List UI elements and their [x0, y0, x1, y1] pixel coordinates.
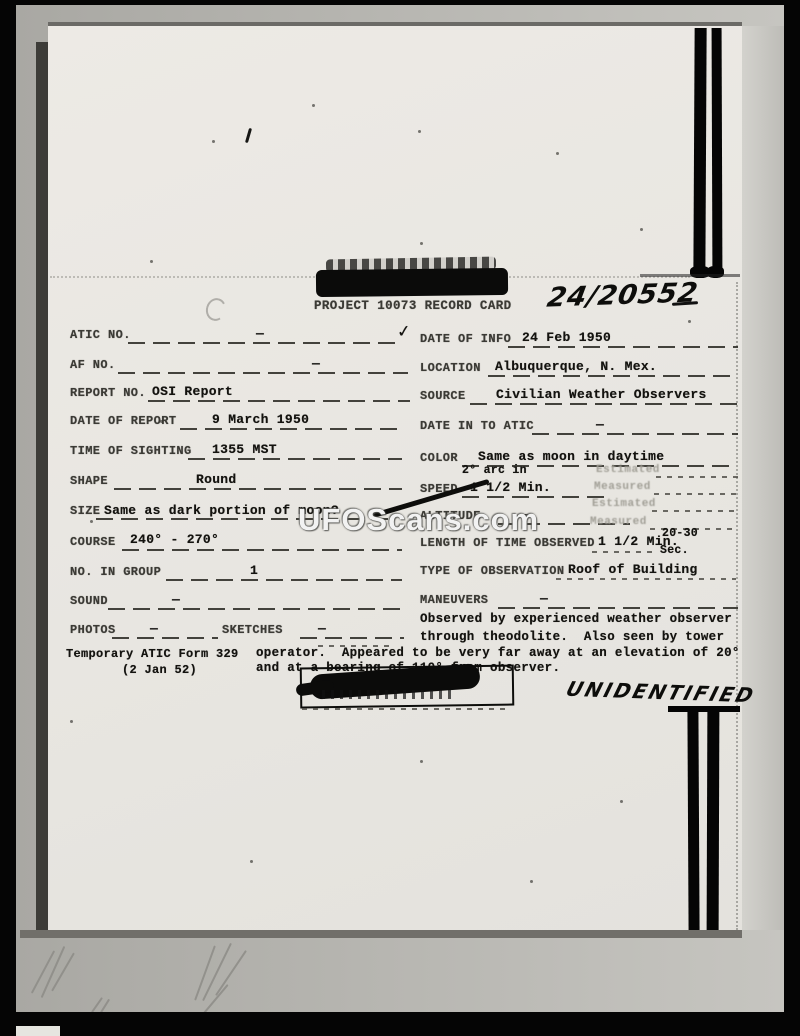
- field-value-source: Civilian Weather Observers: [496, 387, 707, 402]
- speckle: [250, 860, 253, 863]
- field-label-type-of-observation: TYPE OF OBSERVATION: [420, 564, 564, 578]
- watermark: UFOScans.com: [298, 502, 539, 538]
- field-label-date-in-to-atic: DATE IN TO ATIC: [420, 419, 534, 433]
- field-label-no-in-group: NO. IN GROUP: [70, 565, 161, 579]
- field-value-type-of-observation: Roof of Building: [568, 562, 698, 577]
- field-label-time-of-sighting: TIME OF SIGHTING: [70, 444, 192, 458]
- speed-note: 2° arc in: [462, 464, 527, 477]
- speckle: [90, 520, 93, 523]
- checkmark-icon: ✓: [397, 319, 411, 343]
- field-value-shape: Round: [196, 472, 237, 487]
- speckle: [212, 140, 215, 143]
- comment-line-3: operator. Appeared to be very far away a…: [256, 646, 740, 660]
- scan-frame-top: [0, 0, 800, 5]
- scan-frame-bottom: [0, 1012, 800, 1036]
- field-label-date-of-info: DATE OF INFO: [420, 332, 511, 346]
- field-value-af-no: —: [312, 356, 320, 371]
- field-value-date-in-to-atic: —: [596, 417, 604, 432]
- field-value-report-no: OSI Report: [152, 384, 233, 399]
- scan-frame-left: [0, 0, 16, 1036]
- binding-smudge: [640, 274, 740, 277]
- right-margin-band: [742, 26, 784, 930]
- field-label-af-no: AF NO.: [70, 358, 116, 372]
- altitude-option-measured: Measured: [590, 516, 647, 528]
- stamp-redaction-ticks: [322, 690, 454, 699]
- paper-top-edge-shadow: [48, 22, 742, 26]
- field-value-maneuvers: —: [540, 591, 548, 606]
- binding-bar: [687, 712, 699, 930]
- field-value-no-in-group: 1: [250, 563, 258, 578]
- speed-option-estimated: Estimated: [596, 464, 660, 476]
- altitude-option-estimated: Estimated: [592, 498, 656, 510]
- binding-bar: [707, 710, 720, 930]
- field-label-shape: SHAPE: [70, 474, 108, 488]
- scan-frame-right: [784, 0, 800, 1036]
- comment-line-1: Observed by experienced weather observer: [420, 612, 732, 626]
- speckle: [530, 880, 533, 883]
- handwritten-case-number: 24/20552: [545, 277, 701, 313]
- speckle: [418, 130, 421, 133]
- field-value-sketches: —: [318, 621, 326, 636]
- speckle: [70, 720, 73, 723]
- field-value-color: Same as moon in daytime: [478, 449, 664, 464]
- field-label-length-of-time-observed: LENGTH OF TIME OBSERVED: [420, 536, 595, 550]
- field-value-atic-no: —: [256, 326, 264, 341]
- field-value-photos: —: [150, 621, 158, 636]
- scanned-document-page: PROJECT 10073 RECORD CARD 24/20552 ATIC …: [0, 0, 800, 1036]
- speckle: [160, 420, 163, 423]
- length-extra-2: Sec.: [660, 544, 689, 557]
- field-label-maneuvers: MANEUVERS: [420, 593, 488, 607]
- field-value-date-of-report: 9 March 1950: [212, 412, 309, 427]
- field-label-color: COLOR: [420, 451, 458, 465]
- form-footer-line-1: Temporary ATIC Form 329: [66, 647, 239, 661]
- field-value-date-of-info: 24 Feb 1950: [522, 330, 611, 345]
- field-label-sketches: SKETCHES: [222, 623, 283, 637]
- scan-corner-sliver: [16, 1026, 60, 1036]
- field-value-course: 240° - 270°: [130, 532, 219, 547]
- speckle: [150, 260, 153, 263]
- speckle: [420, 242, 423, 245]
- form-title: PROJECT 10073 RECORD CARD: [314, 299, 512, 313]
- speckle: [312, 104, 315, 107]
- speed-option-measured: Measured: [594, 481, 651, 493]
- field-value-location: Albuquerque, N. Mex.: [495, 359, 657, 374]
- speckle: [640, 228, 643, 231]
- length-extra-1: 20-30: [662, 527, 698, 540]
- redaction-stamp: [316, 268, 508, 297]
- field-label-photos: PHOTOS: [70, 623, 116, 637]
- field-label-location: LOCATION: [420, 361, 481, 375]
- paper-bottom-edge-shadow: [20, 930, 742, 938]
- field-label-atic-no: ATIC NO.: [70, 328, 131, 342]
- binding-bar: [712, 28, 723, 276]
- field-label-size: SIZE: [70, 504, 100, 518]
- binding-bar-top: [668, 706, 740, 712]
- field-value-time-of-sighting: 1355 MST: [212, 442, 277, 457]
- field-label-sound: SOUND: [70, 594, 108, 608]
- speckle: [556, 152, 559, 155]
- speckle: [620, 800, 623, 803]
- card-right-edge-line: [736, 282, 738, 930]
- speckle: [420, 760, 423, 763]
- binding-bar: [693, 28, 706, 276]
- field-label-report-no: REPORT NO.: [70, 386, 146, 400]
- field-label-course: COURSE: [70, 535, 116, 549]
- form-footer-line-2: (2 Jan 52): [122, 663, 197, 677]
- speckle: [688, 320, 691, 323]
- comment-line-2: through theodolite. Also seen by tower: [420, 630, 724, 644]
- paper-left-edge-shadow: [36, 42, 48, 936]
- record-card-paper: [48, 26, 742, 930]
- field-value-sound: —: [172, 592, 180, 607]
- field-label-source: SOURCE: [420, 389, 466, 403]
